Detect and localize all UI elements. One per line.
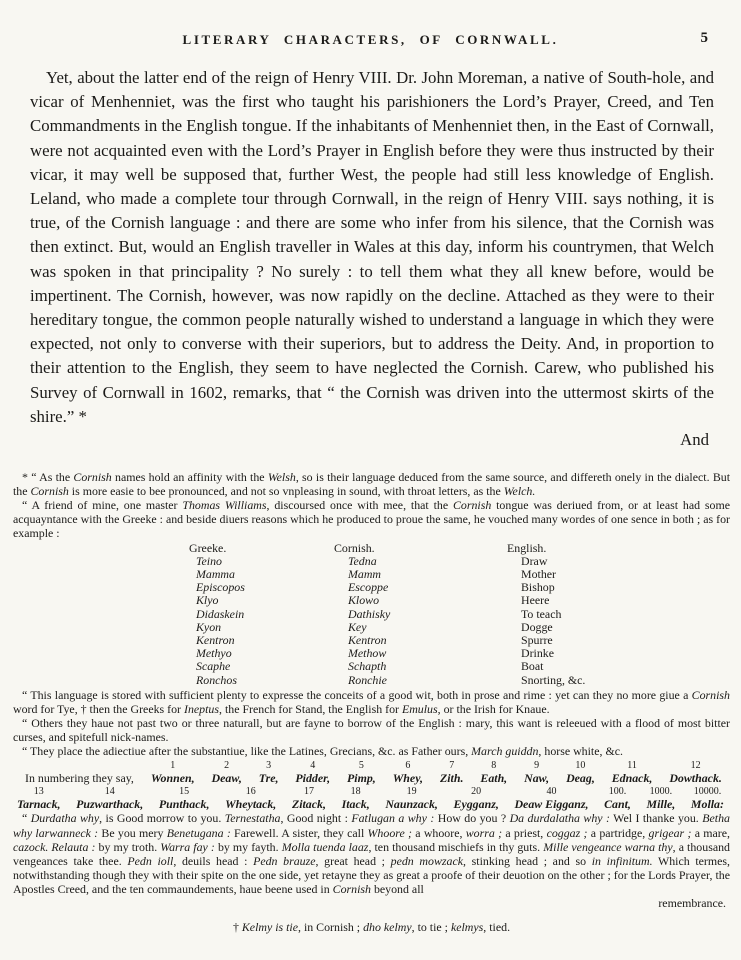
- cornish-number-word: Molla:: [691, 797, 724, 811]
- cornish-number-word: Deag,: [566, 771, 595, 785]
- number-word-pair: 5Pimp,: [347, 760, 376, 785]
- text-run: Pedn brauze: [253, 854, 315, 868]
- text-run: Benetugana :: [167, 826, 231, 840]
- vocab-row: RonchosRonchieSnorting, &c.: [189, 674, 730, 687]
- number-word-pair: 6Whey,: [393, 760, 423, 785]
- number-word-pair: 40Deaw Eigganz,: [514, 786, 588, 811]
- text-run: Whoore ;: [368, 826, 412, 840]
- text-run: “ This language is stored with sufficien…: [22, 688, 692, 702]
- text-run: beyond all: [371, 882, 424, 896]
- text-run: Cornish: [692, 688, 730, 702]
- text-run: Cornish: [73, 470, 111, 484]
- text-run: * “ As the: [22, 470, 73, 484]
- text-run: , to tie ;: [412, 920, 451, 934]
- number-word-pair: 19Naunzack,: [385, 786, 438, 811]
- footnote-language: “ This language is stored with sufficien…: [13, 688, 730, 716]
- cornish-number-word: Wonnen,: [151, 771, 195, 785]
- numeral: 1: [170, 760, 175, 771]
- cornish-number-word: Pidder,: [295, 771, 330, 785]
- vocab-table: Greeke.Cornish.English.TeinoTednaDrawMam…: [189, 542, 730, 687]
- footnote-others: “ Others they haue not past two or three…: [13, 716, 730, 744]
- number-word-pair: 10Deag,: [566, 760, 595, 785]
- vocab-row: MammaMammMother: [189, 568, 730, 581]
- numeral: 20: [471, 786, 481, 797]
- text-run: , is Good morrow to you.: [99, 811, 225, 825]
- numeral: 10: [575, 760, 585, 771]
- numeral: 11: [627, 760, 637, 771]
- book-page: LITERARY CHARACTERS, OF CORNWALL. 5 Yet,…: [0, 0, 741, 960]
- cornish-number-word: Dowthack.: [669, 771, 722, 785]
- vocab-cell: Ronchie: [341, 674, 521, 687]
- numeral: 12: [691, 760, 701, 771]
- text-run: worra ;: [466, 826, 502, 840]
- cornish-number-word: Naunzack,: [385, 797, 438, 811]
- vocab-cell: Teino: [189, 555, 341, 568]
- numeral: 3: [266, 760, 271, 771]
- text-run: Be you mery: [98, 826, 167, 840]
- text-run: word for Tye, † then the Greeks for: [13, 702, 184, 716]
- vocab-row: KyonKeyDogge: [189, 621, 730, 634]
- text-run: a mare,: [691, 826, 730, 840]
- cornish-number-word: Zitack,: [292, 797, 326, 811]
- cornish-number-word: Mille,: [647, 797, 676, 811]
- text-run: , stinking head ; and so: [463, 854, 592, 868]
- vocab-cell: Klyo: [189, 594, 341, 607]
- numeral: 9: [534, 760, 539, 771]
- page-number: 5: [701, 30, 709, 47]
- number-word-pair: 12Dowthack.: [669, 760, 722, 785]
- number-word-pair: 10000.Molla:: [691, 786, 724, 811]
- cornish-number-word: Whey,: [393, 771, 423, 785]
- text-run: “: [22, 811, 31, 825]
- text-run: , Good night :: [280, 811, 351, 825]
- text-run: pedn mowzack: [391, 854, 463, 868]
- vocab-cell: Ronchos: [189, 674, 341, 687]
- number-word-pair: 13Tarnack,: [17, 786, 61, 811]
- numbering-line-2: 13Tarnack,14Puzwarthack,15Punthack,16Whe…: [13, 785, 730, 811]
- text-run: kelmys: [451, 920, 483, 934]
- cornish-number-word: Ednack,: [612, 771, 653, 785]
- number-word-pair: 11Ednack,: [612, 760, 653, 785]
- text-run: names hold an affinity with the: [112, 470, 268, 484]
- numeral: 16: [246, 786, 256, 797]
- text-run: Cornish: [453, 498, 491, 512]
- text-run: Emulus: [402, 702, 438, 716]
- cornish-number-word: Tarnack,: [17, 797, 61, 811]
- vocab-row: KlyoKlowoHeere: [189, 594, 730, 607]
- text-run: Kelmy is tie: [242, 920, 298, 934]
- text-run: Relauta :: [51, 840, 95, 854]
- numeral: 6: [405, 760, 410, 771]
- footnote-phrases: “ Durdatha why, is Good morrow to you. T…: [13, 811, 730, 896]
- number-word-pair: 100.Cant,: [604, 786, 631, 811]
- text-run: Farewell. A sister, they call: [231, 826, 368, 840]
- number-word-pair: 18Itack,: [342, 786, 370, 811]
- number-word-pair: 20Eygganz,: [454, 786, 499, 811]
- vocab-cell: Didaskein: [189, 608, 341, 621]
- text-run: Fatlugan a why :: [351, 811, 434, 825]
- vocab-row: MethyoMethowDrinke: [189, 647, 730, 660]
- text-run: grigear ;: [649, 826, 692, 840]
- text-run: a partridge,: [588, 826, 649, 840]
- numeral: 100.: [609, 786, 627, 797]
- numeral: 40: [546, 786, 556, 797]
- vocab-row: EpiscoposEscoppeBishop: [189, 581, 730, 594]
- number-word-pair: 15Punthack,: [159, 786, 210, 811]
- vocab-cell: Kyon: [189, 621, 341, 634]
- vocab-cell: To teach: [521, 608, 561, 621]
- footnote-affinity: * “ As the Cornish names hold an affinit…: [13, 470, 730, 498]
- numeral: 1000.: [650, 786, 673, 797]
- numeral: 17: [304, 786, 314, 797]
- text-run: , great head ;: [316, 854, 391, 868]
- text-run: Cornish: [31, 484, 69, 498]
- text-run: , the French for Stand, the English for: [219, 702, 402, 716]
- vocab-column-header: English.: [507, 542, 546, 555]
- text-run: , tied.: [483, 920, 510, 934]
- text-run: Da durdalatha why :: [510, 811, 610, 825]
- vocab-cell: Schapth: [341, 660, 521, 673]
- page-header: LITERARY CHARACTERS, OF CORNWALL. 5: [0, 32, 741, 52]
- numeral: 19: [407, 786, 417, 797]
- text-run: How do you ?: [434, 811, 509, 825]
- number-word-pair: 2Deaw,: [212, 760, 242, 785]
- cornish-number-word: Eath,: [480, 771, 507, 785]
- vocab-cell: Boat: [521, 660, 543, 673]
- text-run: Durdatha why: [31, 811, 99, 825]
- text-run: “ A friend of mine, one master: [22, 498, 182, 512]
- number-word-pair: 8Eath,: [480, 760, 507, 785]
- numbering-intro: In numbering they say,: [25, 771, 134, 785]
- text-run: a priest,: [502, 826, 547, 840]
- cornish-number-word: Punthack,: [159, 797, 210, 811]
- text-run: dho kelmy: [363, 920, 412, 934]
- text-run: †: [233, 920, 242, 934]
- text-run: “ Others they haue not past two or three…: [13, 716, 730, 744]
- numeral: 4: [310, 760, 315, 771]
- number-word-pair: 16Wheytack,: [225, 786, 276, 811]
- text-run: Cornish: [333, 882, 371, 896]
- text-run: Mille vengeance warna thy: [543, 840, 672, 854]
- text-run: Pedn ioll: [127, 854, 173, 868]
- cornish-number-word: Deaw Eigganz,: [514, 797, 588, 811]
- numeral: 2: [224, 760, 229, 771]
- numeral: 10000.: [694, 786, 722, 797]
- cornish-number-word: Wheytack,: [225, 797, 276, 811]
- number-word-pair: 17Zitack,: [292, 786, 326, 811]
- numeral: 14: [105, 786, 115, 797]
- numeral: 7: [449, 760, 454, 771]
- text-run: , horse white, &c.: [538, 744, 623, 758]
- cornish-number-word: Puzwarthack,: [76, 797, 143, 811]
- vocab-row: TeinoTednaDraw: [189, 555, 730, 568]
- vocab-cell: Scaphe: [189, 660, 341, 673]
- vocab-row: KentronKentronSpurre: [189, 634, 730, 647]
- vocab-column-header: Greeke.: [189, 542, 334, 555]
- cornish-number-word: Itack,: [342, 797, 370, 811]
- number-word-pair: 9Naw,: [524, 760, 549, 785]
- text-run: by my fayth.: [215, 840, 282, 854]
- vocab-cell: Dogge: [521, 621, 553, 634]
- cornish-number-word: Tre,: [259, 771, 279, 785]
- text-run: coggaz ;: [547, 826, 588, 840]
- vocab-row: DidaskeinDathiskyTo teach: [189, 608, 730, 621]
- text-run: , ten thousand mischiefs in thy guts.: [368, 840, 543, 854]
- vocab-table-header: Greeke.Cornish.English.: [189, 542, 730, 555]
- text-run: , in Cornish ;: [298, 920, 363, 934]
- numeral: 15: [179, 786, 189, 797]
- text-run: Welch.: [504, 484, 536, 498]
- vocab-row: ScapheSchapthBoat: [189, 660, 730, 673]
- text-run: is more easie to bee pronounced, and not…: [69, 484, 504, 498]
- text-run: , deuils head :: [173, 854, 253, 868]
- vocab-cell: Key: [341, 621, 521, 634]
- text-run: Molla tuenda laaz: [282, 840, 369, 854]
- dagger-footnote: † Kelmy is tie, in Cornish ; dho kelmy, …: [13, 920, 730, 934]
- cornish-number-word: Zith.: [440, 771, 463, 785]
- vocab-cell: Snorting, &c.: [521, 674, 585, 687]
- cornish-number-word: Deaw,: [212, 771, 242, 785]
- text-run: Welsh: [268, 470, 296, 484]
- text-run: Ineptus: [184, 702, 219, 716]
- text-run: Ternestatha: [225, 811, 281, 825]
- cornish-number-word: Naw,: [524, 771, 549, 785]
- cornish-number-word: Pimp,: [347, 771, 376, 785]
- running-title: LITERARY CHARACTERS, OF CORNWALL.: [0, 32, 741, 48]
- remembrance-word: remembrance.: [13, 896, 726, 910]
- text-run: cazock.: [13, 840, 48, 854]
- vocab-cell: Klowo: [341, 594, 521, 607]
- numeral: 18: [351, 786, 361, 797]
- vocab-column-header: Cornish.: [334, 542, 507, 555]
- text-run: a whoore,: [412, 826, 466, 840]
- number-word-pair: 3Tre,: [259, 760, 279, 785]
- numeral: 5: [359, 760, 364, 771]
- numeral: 8: [491, 760, 496, 771]
- text-run: Warra fay :: [160, 840, 215, 854]
- text-run: Thomas Williams: [182, 498, 266, 512]
- footnote-friend: “ A friend of mine, one master Thomas Wi…: [13, 498, 730, 540]
- text-run: by my troth.: [95, 840, 160, 854]
- cornish-number-word: Cant,: [604, 797, 631, 811]
- number-word-pair: 7Zith.: [440, 760, 463, 785]
- catchword: And: [0, 430, 709, 450]
- number-word-pair: 1Wonnen,: [151, 760, 195, 785]
- text-run: “ They place the adiectiue after the sub…: [22, 744, 471, 758]
- number-word-pair: 14Puzwarthack,: [76, 786, 143, 811]
- number-word-pair: 4Pidder,: [295, 760, 330, 785]
- vocab-cell: Heere: [521, 594, 549, 607]
- text-run: March guiddn: [471, 744, 538, 758]
- numeral: 13: [34, 786, 44, 797]
- cornish-number-word: Eygganz,: [454, 797, 499, 811]
- text-run: , discoursed once with mee, that the: [267, 498, 453, 512]
- footnote-adjective: “ They place the adiectiue after the sub…: [13, 744, 730, 758]
- vocab-cell: Tedna: [341, 555, 521, 568]
- footnotes-section: * “ As the Cornish names hold an affinit…: [13, 470, 730, 934]
- text-run: , or the Irish for Knaue.: [438, 702, 550, 716]
- numbering-line-1: In numbering they say, 1Wonnen,2Deaw,3Tr…: [13, 758, 730, 785]
- main-paragraph: Yet, about the latter end of the reign o…: [30, 66, 714, 429]
- vocab-cell: Dathisky: [341, 608, 521, 621]
- vocab-cell: Draw: [521, 555, 547, 568]
- text-run: in infinitum.: [592, 854, 653, 868]
- number-word-pair: 1000.Mille,: [647, 786, 676, 811]
- text-run: Wel I thanke you.: [610, 811, 702, 825]
